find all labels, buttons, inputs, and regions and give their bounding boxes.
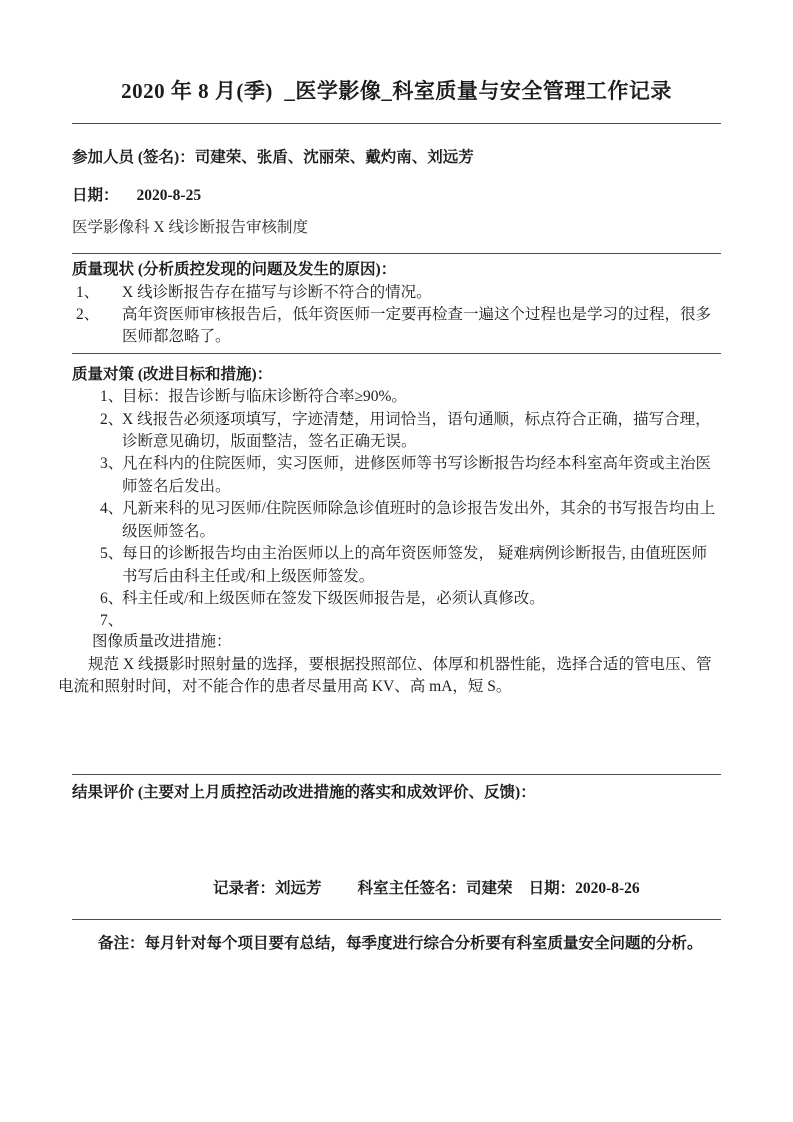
image-quality-section: 图像质量改进措施： 规范 X 线摄影时照射量的选择，要根据投照部位、体厚和机器性… <box>72 631 721 698</box>
item-text: X 线报告必须逐项填写，字迹清楚，用词恰当，语句通顺，标点符合正确，描写合理，诊… <box>122 411 711 450</box>
sign-date-label: 日期： <box>529 880 576 897</box>
item-text: 凡新来科的见习医师/住院医师除急诊值班时的急诊报告发出外，其余的书写报告均由上级… <box>122 500 715 539</box>
item-number: 2、 <box>100 409 123 431</box>
list-item: 2、X 线报告必须逐项填写，字迹清楚，用词恰当，语句通顺，标点符合正确，描写合理… <box>72 409 721 454</box>
item-text: 目标：报告诊断与临床诊断符合率≥90%。 <box>122 388 407 405</box>
result-evaluation-heading: 结果评价 (主要对上月质控活动改进措施的落实和成效评价、反馈)： <box>72 782 721 804</box>
quality-measures-section: 质量对策 (改进目标和措施)： 1、目标：报告诊断与临床诊断符合率≥90%。 2… <box>72 364 721 610</box>
item-text: X 线诊断报告存在描写与诊断不符合的情况。 <box>122 284 432 301</box>
quality-status-section: 质量现状 (分析质控发现的问题及发生的原因)： 1、X 线诊断报告存在描写与诊断… <box>72 259 721 349</box>
item-number: 4、 <box>100 498 123 520</box>
list-item: 4、凡新来科的见习医师/住院医师除急诊值班时的急诊报告发出外，其余的书写报告均由… <box>72 498 721 543</box>
item-text: 凡在科内的住院医师，实习医师，进修医师等书写诊断报告均经本科室高年资或主治医师签… <box>122 455 711 494</box>
date-value: 2020-8-25 <box>137 187 202 204</box>
divider-1 <box>72 123 721 124</box>
item-number: 3、 <box>100 453 123 475</box>
date-label: 日期： <box>72 187 119 204</box>
participants-names: 司建荣、张盾、沈丽荣、戴灼南、刘远芳 <box>195 149 474 166</box>
recorder-name: 刘远芳 <box>275 880 322 897</box>
item-text: 每日的诊断报告均由主治医师以上的高年资医师签发， 疑难病例诊断报告, 由值班医师… <box>122 545 707 584</box>
item-number: 1、 <box>100 386 123 408</box>
list-item: 3、凡在科内的住院医师，实习医师，进修医师等书写诊断报告均经本科室高年资或主治医… <box>72 453 721 498</box>
divider-2 <box>72 253 721 254</box>
note-line: 备注：每月针对每个项目要有总结，每季度进行综合分析要有科室质量安全问题的分析。 <box>98 933 721 955</box>
item-number: 6、 <box>100 588 123 610</box>
quality-status-heading: 质量现状 (分析质控发现的问题及发生的原因)： <box>72 259 721 281</box>
list-item: 2、高年资医师审核报告后，低年资医师一定要再检查一遍这个过程也是学习的过程，很多… <box>72 304 721 349</box>
item-text: 科主任或/和上级医师在签发下级医师报告是，必须认真修改。 <box>122 590 545 607</box>
item-number: 7、 <box>100 610 123 632</box>
date-line: 日期：2020-8-25 <box>72 185 721 207</box>
divider-4 <box>72 774 721 775</box>
sign-date-value: 2020-8-26 <box>575 880 640 897</box>
participants-label: 参加人员 (签名)： <box>72 149 195 166</box>
list-item: 6、科主任或/和上级医师在签发下级医师报告是，必须认真修改。 <box>72 588 721 610</box>
image-quality-body: 规范 X 线摄影时照射量的选择，要根据投照部位、体厚和机器性能，选择合适的管电压… <box>58 654 721 699</box>
list-item: 1、目标：报告诊断与临床诊断符合率≥90%。 <box>72 386 721 408</box>
quality-status-list: 1、X 线诊断报告存在描写与诊断不符合的情况。 2、高年资医师审核报告后，低年资… <box>72 282 721 349</box>
document-page: 2020 年 8 月(季) _医学影像_科室质量与安全管理工作记录 参加人员 (… <box>0 0 793 1122</box>
signature-line: 记录者：刘远芳科室主任签名：司建荣日期：2020-8-26 <box>213 878 721 900</box>
image-quality-heading: 图像质量改进措施： <box>72 631 721 653</box>
participants-line: 参加人员 (签名)：司建荣、张盾、沈丽荣、戴灼南、刘远芳 <box>72 147 721 169</box>
quality-measures-list: 1、目标：报告诊断与临床诊断符合率≥90%。 2、X 线报告必须逐项填写，字迹清… <box>72 386 721 610</box>
divider-3 <box>72 353 721 354</box>
director-name: 司建荣 <box>466 880 513 897</box>
subject-line: 医学影像科 X 线诊断报告审核制度 <box>72 217 721 239</box>
list-item: 5、每日的诊断报告均由主治医师以上的高年资医师签发， 疑难病例诊断报告, 由值班… <box>72 543 721 588</box>
divider-5 <box>72 919 721 920</box>
director-label: 科室主任签名： <box>358 880 467 897</box>
item-text: 高年资医师审核报告后，低年资医师一定要再检查一遍这个过程也是学习的过程，很多医师… <box>122 306 711 345</box>
item-number: 1、 <box>76 282 99 304</box>
document-title: 2020 年 8 月(季) _医学影像_科室质量与安全管理工作记录 <box>72 76 721 106</box>
recorder-label: 记录者： <box>213 880 275 897</box>
quality-measures-heading: 质量对策 (改进目标和措施)： <box>72 364 721 386</box>
item-number: 2、 <box>76 304 99 326</box>
item-number: 5、 <box>100 543 123 565</box>
list-item: 1、X 线诊断报告存在描写与诊断不符合的情况。 <box>72 282 721 304</box>
